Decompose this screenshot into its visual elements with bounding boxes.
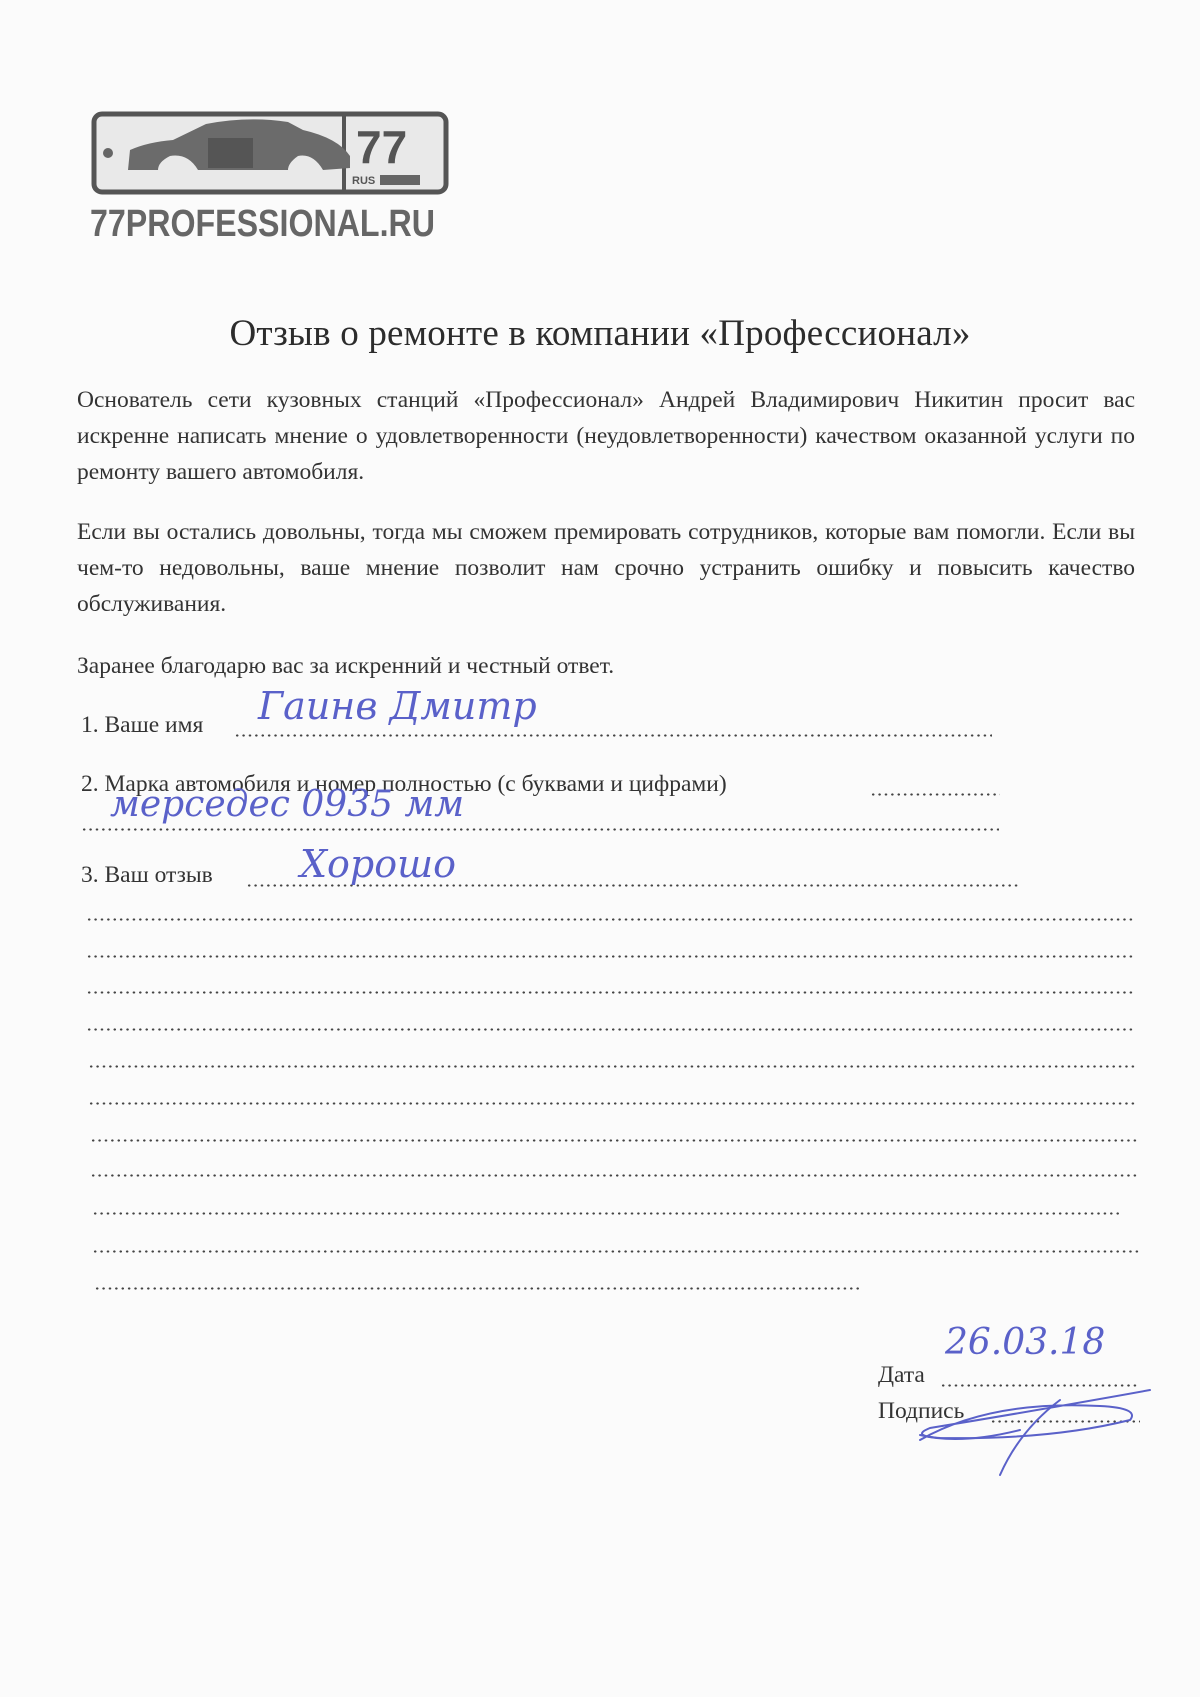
question-review-label: 3. Ваш отзыв: [81, 862, 213, 889]
review-line-6[interactable]: [88, 1065, 1138, 1068]
svg-text:77PROFESSIONAL.RU: 77PROFESSIONAL.RU: [90, 203, 435, 245]
svg-text:RUS: RUS: [352, 175, 375, 187]
review-line-10[interactable]: [92, 1212, 1122, 1215]
review-line-3[interactable]: [86, 955, 1136, 958]
page-title: Отзыв о ремонте в компании «Профессионал…: [0, 312, 1200, 355]
car-field-dots: [870, 793, 1000, 796]
review-answer: Хорошо: [300, 842, 456, 886]
review-line-9[interactable]: [90, 1174, 1138, 1177]
review-line-4[interactable]: [86, 991, 1136, 994]
name-answer: Гаинв Дмитр: [258, 684, 537, 728]
feedback-form-page: 77 RUS 77PROFESSIONAL.RU Отзыв о ремонте…: [0, 0, 1200, 1697]
review-line-11[interactable]: [92, 1250, 1140, 1253]
company-logo: 77 RUS 77PROFESSIONAL.RU: [88, 108, 464, 258]
car-field[interactable]: [81, 828, 999, 831]
name-field[interactable]: [234, 734, 992, 737]
review-line-8[interactable]: [90, 1139, 1138, 1142]
intro-paragraph-2: Если вы остались довольны, тогда мы смож…: [77, 514, 1135, 622]
review-line-2[interactable]: [86, 918, 1136, 921]
question-name-label: 1. Ваше имя: [81, 712, 203, 739]
car-answer: мерседес 0935 мм: [110, 784, 464, 825]
review-line-5[interactable]: [86, 1028, 1136, 1031]
svg-text:77: 77: [356, 121, 407, 173]
signature-icon: [900, 1370, 1160, 1480]
car-plate-icon: 77 RUS 77PROFESSIONAL.RU: [88, 108, 464, 258]
date-answer: 26.03.18: [945, 1322, 1105, 1363]
thanks-line: Заранее благодарю вас за искренний и чес…: [77, 648, 1135, 684]
intro-paragraph-1: Основатель сети кузовных станций «Профес…: [77, 382, 1135, 490]
review-line-12[interactable]: [94, 1287, 860, 1290]
review-line-7[interactable]: [88, 1102, 1138, 1105]
